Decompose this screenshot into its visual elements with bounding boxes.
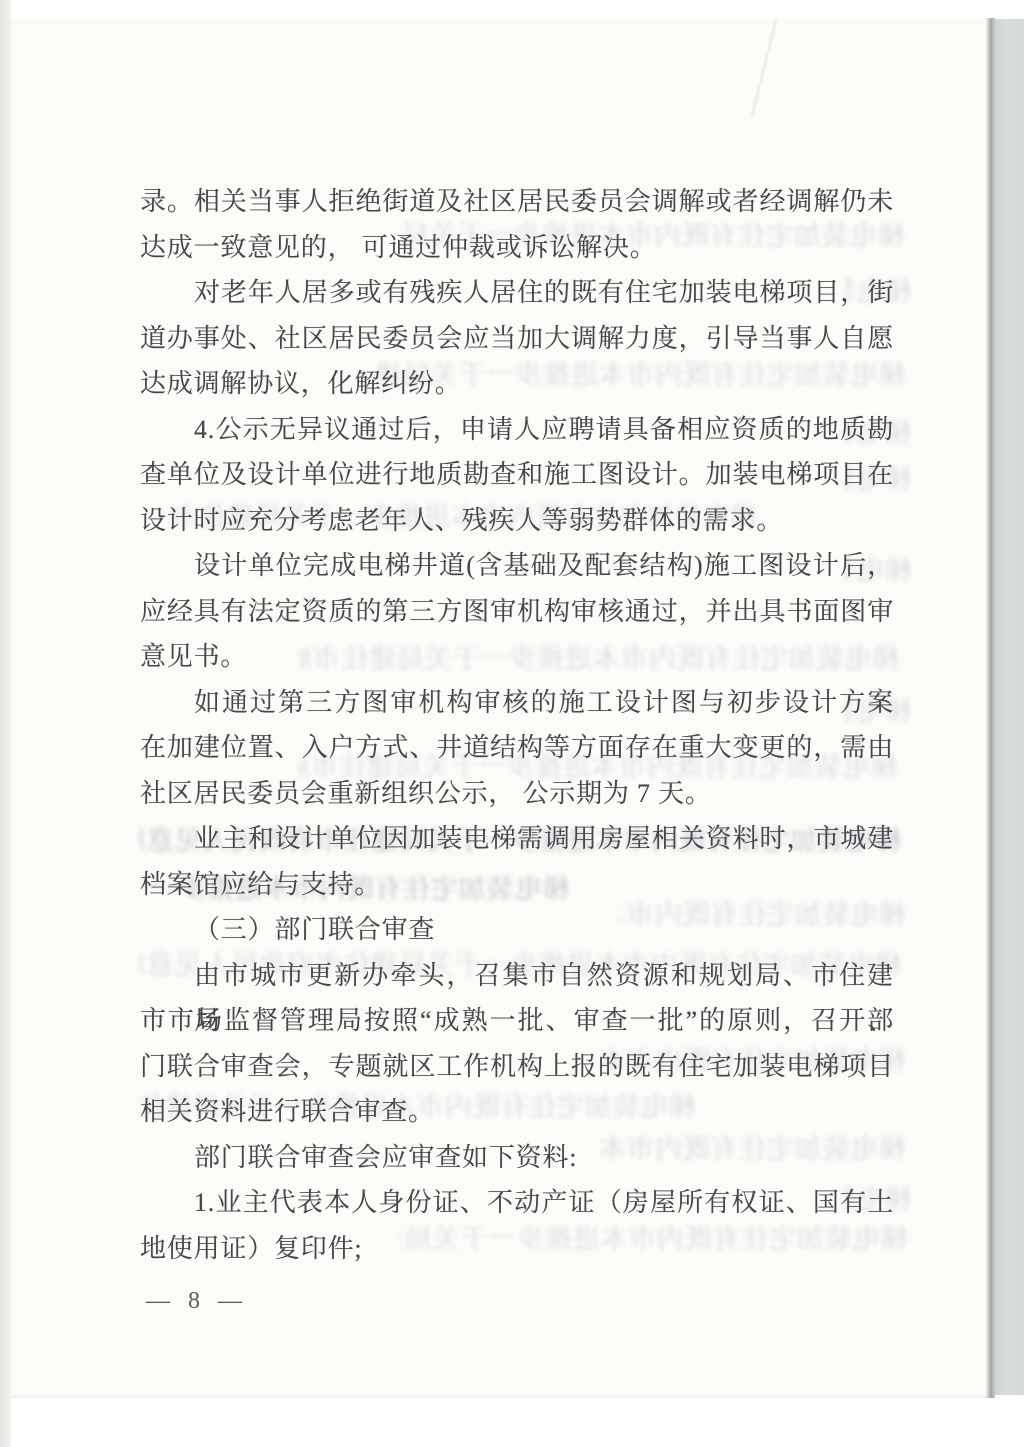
- crease-mark: [751, 19, 777, 117]
- text-line: 由市城市更新办牵头，召集市自然资源和规划局、市住建局、: [140, 953, 894, 999]
- text-line: 录。相关当事人拒绝街道及社区居民委员会调解或者经调解仍未: [140, 179, 894, 225]
- scan-image: 梯电装加宅住有既内市本进推步一于关局建住市府政民人见意施实的作工理管护维与用使障…: [0, 0, 1024, 1447]
- left-scan-edge: [0, 0, 11, 1447]
- text-line: 1.业主代表本人身份证、不动产证（房屋所有权证、国有土: [140, 1180, 894, 1226]
- text-line: 部门联合审查会应审查如下资料:: [140, 1135, 894, 1181]
- text-line: 意见书。: [140, 634, 894, 680]
- page-number: — 8 —: [146, 1288, 244, 1315]
- text-line: 业主和设计单位因加装电梯需调用房屋相关资料时，市城建: [140, 816, 894, 862]
- scanned-page: 梯电装加宅住有既内市本进推步一于关局建住市府政民人见意施实的作工理管护维与用使障…: [11, 18, 995, 1398]
- text-line: 对老年人居多或有残疾人居住的既有住宅加装电梯项目，街: [140, 270, 894, 316]
- section-heading-line: （三）部门联合审查: [140, 907, 894, 953]
- text-line: 档案馆应给与支持。: [140, 862, 894, 908]
- text-line: 设计时应充分考虑老年人、残疾人等弱势群体的需求。: [140, 498, 894, 544]
- text-line: 市市场监督管理局按照“成熟一批、审查一批”的原则，召开部: [140, 998, 894, 1044]
- text-line: 达成一致意见的， 可通过仲裁或诉讼解决。: [140, 225, 894, 271]
- text-line: 4.公示无异议通过后，申请人应聘请具备相应资质的地质勘: [140, 407, 894, 453]
- text-line: 门联合审查会，专题就区工作机构上报的既有住宅加装电梯项目: [140, 1044, 894, 1090]
- text-line: 相关资料进行联合审查。: [140, 1089, 894, 1135]
- text-line: 道办事处、社区居民委员会应当加大调解力度，引导当事人自愿: [140, 316, 894, 362]
- document-body-text: 录。相关当事人拒绝街道及社区居民委员会调解或者经调解仍未 达成一致意见的， 可通…: [140, 179, 894, 1271]
- text-line: 查单位及设计单位进行地质勘查和施工图设计。加装电梯项目在: [140, 452, 894, 498]
- text-line: 应经具有法定资质的第三方图审机构审核通过，并出具书面图审: [140, 589, 894, 635]
- scanner-bed-strip: [995, 19, 1024, 1395]
- text-line: 设计单位完成电梯井道(含基础及配套结构)施工图设计后，: [140, 543, 894, 589]
- text-line: 地使用证）复印件;: [140, 1226, 894, 1272]
- page-right-edge-shadow: [986, 18, 995, 1398]
- text-line: 在加建位置、入户方式、井道结构等方面存在重大变更的，需由: [140, 725, 894, 771]
- text-line: 达成调解协议，化解纠纷。: [140, 361, 894, 407]
- text-line: 如通过第三方图审机构审核的施工设计图与初步设计方案: [140, 680, 894, 726]
- text-line: 社区居民委员会重新组织公示， 公示期为 7 天。: [140, 771, 894, 817]
